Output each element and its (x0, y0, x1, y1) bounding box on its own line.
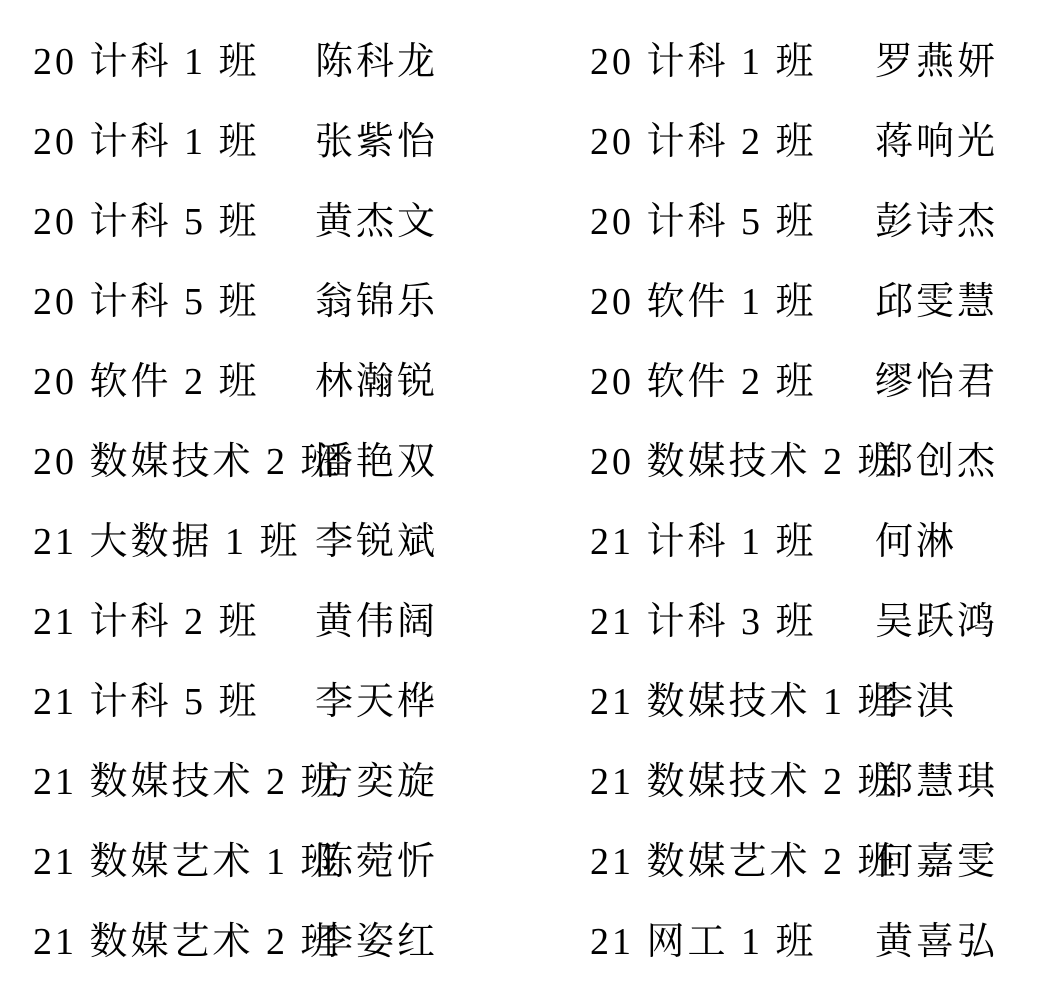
right-name-cell: 蒋响光 (875, 123, 1048, 161)
right-name-cell: 罗燕妍 (875, 43, 1048, 81)
right-name-cell: 彭诗杰 (875, 203, 1048, 241)
left-name-cell: 潘艳双 (315, 443, 590, 481)
right-name-cell: 邱雯慧 (875, 283, 1048, 321)
left-class-cell: 20 计科 5 班 (33, 203, 315, 241)
left-class-cell: 21 数媒技术 2 班 (33, 763, 315, 801)
left-name-cell: 张紫怡 (315, 123, 590, 161)
roster-row: 21 计科 5 班 李天桦 21 数媒技术 1 班 李淇 (33, 662, 1048, 742)
roster-row: 20 计科 5 班 翁锦乐 20 软件 1 班 邱雯慧 (33, 262, 1048, 342)
right-class-cell: 21 网工 1 班 (590, 923, 875, 961)
left-class-cell: 20 数媒技术 2 班 (33, 443, 315, 481)
left-class-cell: 21 数媒艺术 2 班 (33, 923, 315, 961)
right-class-cell: 21 数媒艺术 2 班 (590, 843, 875, 881)
left-name-cell: 黄伟阔 (315, 603, 590, 641)
left-class-cell: 20 计科 1 班 (33, 43, 315, 81)
right-class-cell: 21 计科 1 班 (590, 523, 875, 561)
left-class-cell: 21 计科 2 班 (33, 603, 315, 641)
left-name-cell: 陈菀忻 (315, 843, 590, 881)
left-class-cell: 21 大数据 1 班 (33, 523, 315, 561)
left-class-cell: 21 计科 5 班 (33, 683, 315, 721)
left-name-cell: 方奕旋 (315, 763, 590, 801)
roster-row: 20 数媒技术 2 班 潘艳双 20 数媒技术 2 班 郑创杰 (33, 422, 1048, 502)
right-class-cell: 21 计科 3 班 (590, 603, 875, 641)
right-class-cell: 20 软件 2 班 (590, 363, 875, 401)
roster-row: 20 软件 2 班 林瀚锐 20 软件 2 班 缪怡君 (33, 342, 1048, 422)
roster-row: 21 计科 2 班 黄伟阔 21 计科 3 班 吴跃鸿 (33, 582, 1048, 662)
left-class-cell: 20 软件 2 班 (33, 363, 315, 401)
right-name-cell: 何嘉雯 (875, 843, 1048, 881)
right-name-cell: 郑创杰 (875, 443, 1048, 481)
right-class-cell: 20 软件 1 班 (590, 283, 875, 321)
right-class-cell: 20 计科 2 班 (590, 123, 875, 161)
right-class-cell: 20 计科 5 班 (590, 203, 875, 241)
right-name-cell: 郑慧琪 (875, 763, 1048, 801)
right-class-cell: 21 数媒技术 1 班 (590, 683, 875, 721)
roster-row: 20 计科 5 班 黄杰文 20 计科 5 班 彭诗杰 (33, 182, 1048, 262)
left-name-cell: 林瀚锐 (315, 363, 590, 401)
right-name-cell: 缪怡君 (875, 363, 1048, 401)
right-class-cell: 21 数媒技术 2 班 (590, 763, 875, 801)
roster-row: 21 大数据 1 班 李锐斌 21 计科 1 班 何淋 (33, 502, 1048, 582)
right-name-cell: 黄喜弘 (875, 923, 1048, 961)
left-class-cell: 20 计科 5 班 (33, 283, 315, 321)
left-name-cell: 陈科龙 (315, 43, 590, 81)
right-name-cell: 李淇 (875, 683, 1048, 721)
award-roster: 20 计科 1 班 陈科龙 20 计科 1 班 罗燕妍 20 计科 1 班 张紫… (0, 0, 1048, 982)
right-class-cell: 20 数媒技术 2 班 (590, 443, 875, 481)
roster-row: 20 计科 1 班 陈科龙 20 计科 1 班 罗燕妍 (33, 22, 1048, 102)
left-name-cell: 李天桦 (315, 683, 590, 721)
left-name-cell: 李锐斌 (315, 523, 590, 561)
roster-row: 21 数媒艺术 2 班 李姿红 21 网工 1 班 黄喜弘 (33, 902, 1048, 982)
roster-row: 21 数媒技术 2 班 方奕旋 21 数媒技术 2 班 郑慧琪 (33, 742, 1048, 822)
left-class-cell: 20 计科 1 班 (33, 123, 315, 161)
left-name-cell: 李姿红 (315, 923, 590, 961)
right-class-cell: 20 计科 1 班 (590, 43, 875, 81)
right-name-cell: 吴跃鸿 (875, 603, 1048, 641)
right-name-cell: 何淋 (875, 523, 1048, 561)
left-name-cell: 翁锦乐 (315, 283, 590, 321)
roster-row: 21 数媒艺术 1 班 陈菀忻 21 数媒艺术 2 班 何嘉雯 (33, 822, 1048, 902)
left-name-cell: 黄杰文 (315, 203, 590, 241)
roster-row: 20 计科 1 班 张紫怡 20 计科 2 班 蒋响光 (33, 102, 1048, 182)
left-class-cell: 21 数媒艺术 1 班 (33, 843, 315, 881)
